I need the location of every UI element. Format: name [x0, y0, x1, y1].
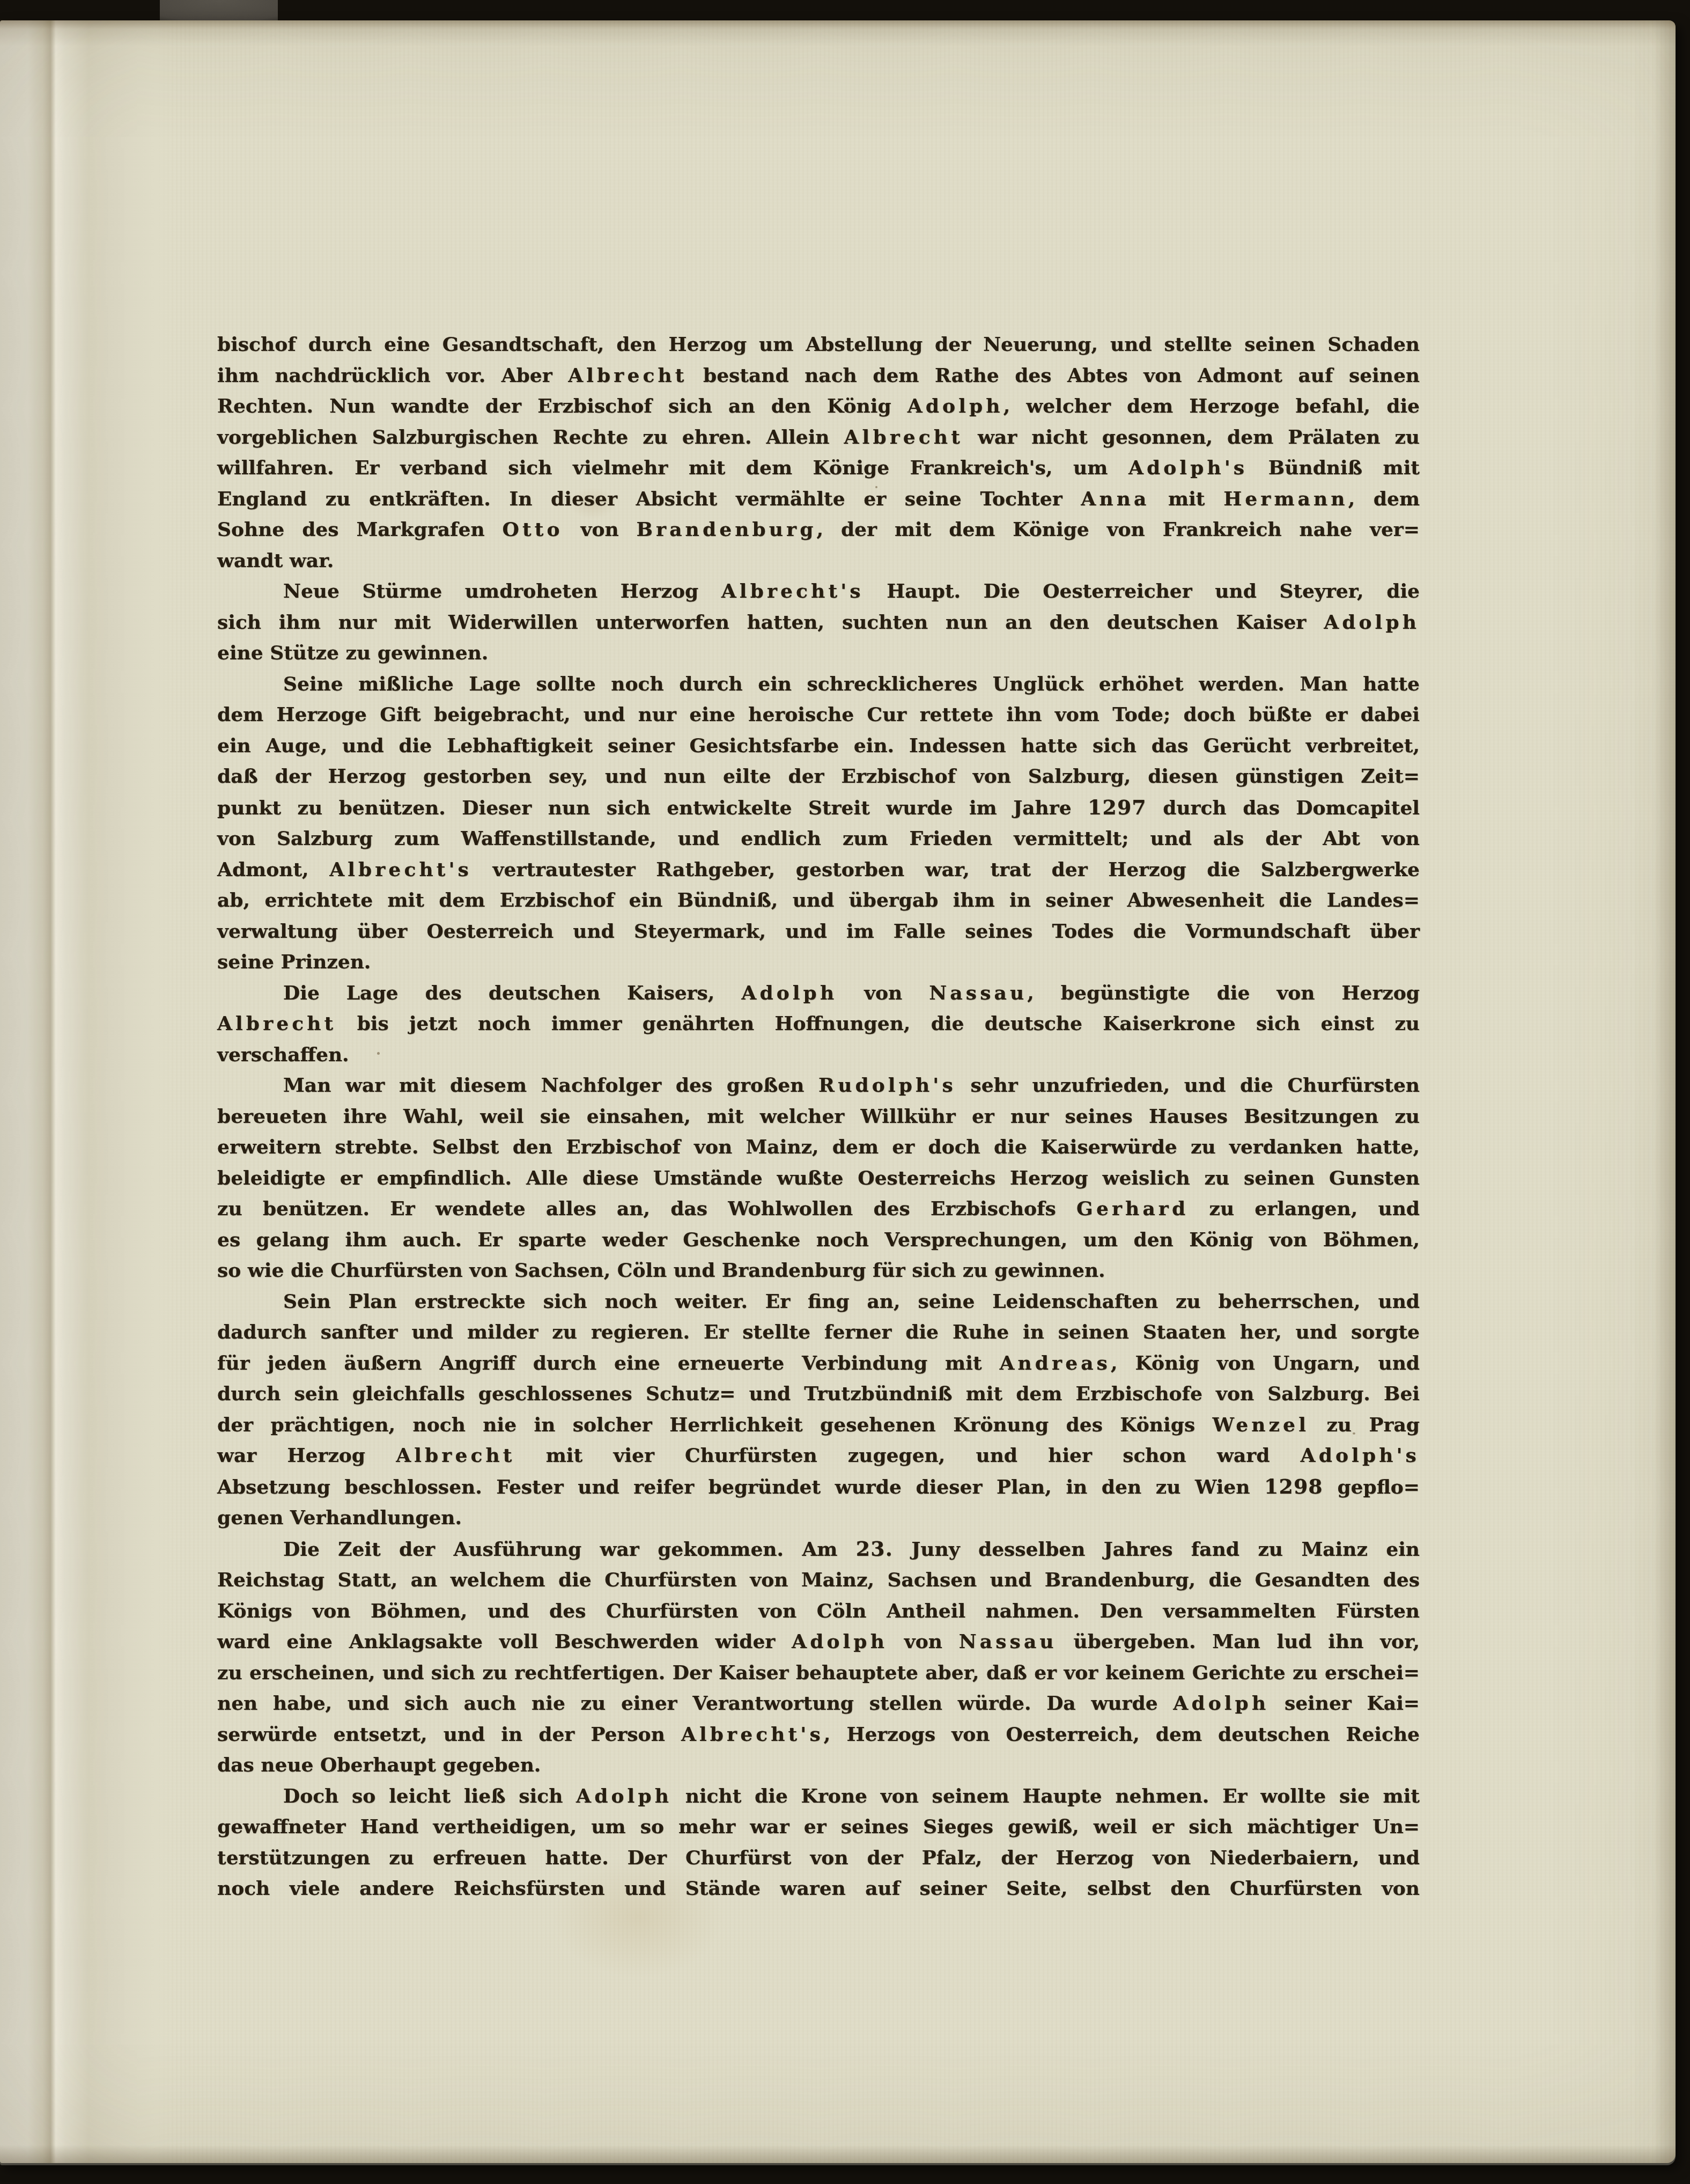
letterspaced-name: Adolph: [741, 982, 837, 1004]
text-line: durch sein gleichfalls geschlossenes Sch…: [217, 1379, 1420, 1410]
letterspaced-name: Brandenburg: [637, 518, 817, 541]
text-line: Sein Plan erstreckte sich noch weiter. E…: [217, 1286, 1420, 1318]
text-line: bischof durch eine Gesandtschaft, den He…: [217, 329, 1420, 361]
letterspaced-name: Adolph: [1324, 611, 1420, 634]
text-line: ein Auge, und die Lebhaftigkeit seiner G…: [217, 731, 1420, 762]
paragraph: Doch so leicht ließ sich Adolph nicht di…: [217, 1781, 1420, 1904]
text-line: serwürde entsetzt, und in der Person Alb…: [217, 1719, 1420, 1751]
text-line: bereueten ihre Wahl, weil sie einsahen, …: [217, 1101, 1420, 1133]
text-line: Absetzung beschlossen. Fester und reifer…: [217, 1472, 1420, 1503]
text-line: ab, errichtete mit dem Erzbischof ein Bü…: [217, 885, 1420, 916]
text-line: Die Zeit der Ausführung war gekommen. Am…: [217, 1534, 1420, 1565]
text-line: Albrecht bis jetzt noch immer genährten …: [217, 1009, 1420, 1040]
letterspaced-name: Adolph's: [1301, 1444, 1420, 1467]
scan-background: bischof durch eine Gesandtschaft, den He…: [0, 0, 1690, 2184]
letterspaced-name: Albrecht's: [329, 858, 472, 881]
text-line: terstützungen zu erfreuen hatte. Der Chu…: [217, 1843, 1420, 1874]
letterspaced-name: Adolph: [1173, 1692, 1269, 1715]
text-line: gewaffneter Hand vertheidigen, um so meh…: [217, 1812, 1420, 1843]
text-line: dem Herzoge Gift beigebracht, und nur ei…: [217, 700, 1420, 731]
text-line: von Salzburg zum Waffenstillstande, und …: [217, 823, 1420, 855]
letterspaced-name: Adolph: [907, 395, 1003, 417]
letterspaced-name: Albrecht: [217, 1012, 336, 1035]
text-line: war Herzog Albrecht mit vier Churfürsten…: [217, 1440, 1420, 1472]
text-line: der prächtigen, noch nie in solcher Herr…: [217, 1410, 1420, 1441]
letterspaced-name: Albrecht: [568, 364, 687, 387]
paragraph: Die Lage des deutschen Kaisers, Adolph v…: [217, 978, 1420, 1071]
letterspaced-name: Adolph: [792, 1630, 888, 1653]
text-line: eine Stütze zu gewinnen.: [217, 638, 1420, 669]
paragraph: Seine mißliche Lage sollte noch durch ei…: [217, 669, 1420, 978]
text-line: punkt zu benützen. Dieser nun sich entwi…: [217, 792, 1420, 824]
text-line: ihm nachdrücklich vor. Aber Albrecht bes…: [217, 361, 1420, 392]
letterspaced-name: Otto: [502, 518, 563, 541]
text-line: Sohne des Markgrafen Otto von Brandenbur…: [217, 514, 1420, 546]
text-line: Reichstag Statt, an welchem die Churfürs…: [217, 1565, 1420, 1596]
letterspaced-name: Gerhard: [1076, 1197, 1189, 1220]
paragraph: bischof durch eine Gesandtschaft, den He…: [217, 329, 1420, 576]
letterspaced-name: Andreas: [999, 1352, 1111, 1374]
text-line: nen habe, und sich auch nie zu einer Ver…: [217, 1688, 1420, 1719]
text-line: sich ihm nur mit Widerwillen unterworfen…: [217, 607, 1420, 638]
text-line: Admont, Albrecht's vertrautester Rathgeb…: [217, 855, 1420, 886]
paragraph: Neue Stürme umdroheten Herzog Albrecht's…: [217, 576, 1420, 669]
antiqua-numeral: 1297: [1088, 796, 1147, 819]
text-line: Königs von Böhmen, und des Churfürsten v…: [217, 1596, 1420, 1627]
letterspaced-name: Albrecht's: [681, 1723, 824, 1746]
text-line: beleidigte er empfindlich. Alle diese Um…: [217, 1163, 1420, 1194]
letterspaced-name: Albrecht's: [721, 580, 864, 602]
text-line: daß der Herzog gestorben sey, und nun ei…: [217, 761, 1420, 792]
text-line: Doch so leicht ließ sich Adolph nicht di…: [217, 1781, 1420, 1812]
text-line: vorgeblichen Salzburgischen Rechte zu eh…: [217, 422, 1420, 453]
text-line: Die Lage des deutschen Kaisers, Adolph v…: [217, 978, 1420, 1009]
text-line: für jeden äußern Angriff durch eine erne…: [217, 1348, 1420, 1379]
letterspaced-name: Albrecht: [844, 426, 963, 448]
text-line: verwaltung über Oesterreich und Steyerma…: [217, 916, 1420, 947]
book-page: bischof durch eine Gesandtschaft, den He…: [0, 20, 1676, 2163]
letterspaced-name: Wenzel: [1213, 1414, 1309, 1436]
text-line: ward eine Anklagsakte voll Beschwerden w…: [217, 1627, 1420, 1658]
letterspaced-name: Albrecht: [396, 1444, 515, 1467]
letterspaced-name: Nassau: [959, 1630, 1057, 1653]
antiqua-numeral: 23.: [856, 1537, 893, 1561]
paragraph: Sein Plan erstreckte sich noch weiter. E…: [217, 1286, 1420, 1534]
text-line: das neue Oberhaupt gegeben.: [217, 1750, 1420, 1781]
page-text-block: bischof durch eine Gesandtschaft, den He…: [217, 329, 1420, 1904]
text-line: Rechten. Nun wandte der Erzbischof sich …: [217, 391, 1420, 422]
text-line: es gelang ihm auch. Er sparte weder Gesc…: [217, 1225, 1420, 1256]
text-line: seine Prinzen.: [217, 947, 1420, 978]
text-line: dadurch sanfter und milder zu regieren. …: [217, 1317, 1420, 1348]
text-line: Man war mit diesem Nachfolger des großen…: [217, 1070, 1420, 1101]
letterspaced-name: Nassau: [929, 982, 1027, 1004]
antiqua-numeral: 1298: [1264, 1475, 1323, 1498]
text-line: erweitern strebte. Selbst den Erzbischof…: [217, 1132, 1420, 1163]
letterspaced-name: Rudolph's: [818, 1074, 956, 1097]
paragraph: Die Zeit der Ausführung war gekommen. Am…: [217, 1534, 1420, 1781]
text-line: zu erscheinen, und sich zu rechtfertigen…: [217, 1658, 1420, 1689]
letterspaced-name: Anna: [1081, 488, 1149, 510]
text-line: Seine mißliche Lage sollte noch durch ei…: [217, 669, 1420, 700]
text-line: England zu entkräften. In dieser Absicht…: [217, 484, 1420, 515]
text-line: genen Verhandlungen.: [217, 1503, 1420, 1534]
letterspaced-name: Adolph's: [1128, 457, 1248, 479]
text-line: wandt war.: [217, 546, 1420, 577]
text-line: so wie die Churfürsten von Sachsen, Cöln…: [217, 1255, 1420, 1286]
letterspaced-name: Hermann: [1223, 488, 1348, 510]
text-line: verschaffen.: [217, 1040, 1420, 1071]
text-line: noch viele andere Reichsfürsten und Stän…: [217, 1873, 1420, 1904]
letterspaced-name: Adolph: [576, 1785, 672, 1807]
text-line: zu benützen. Er wendete alles an, das Wo…: [217, 1194, 1420, 1225]
paragraph: Man war mit diesem Nachfolger des großen…: [217, 1070, 1420, 1286]
text-line: Neue Stürme umdroheten Herzog Albrecht's…: [217, 576, 1420, 607]
text-line: willfahren. Er verband sich vielmehr mit…: [217, 453, 1420, 484]
